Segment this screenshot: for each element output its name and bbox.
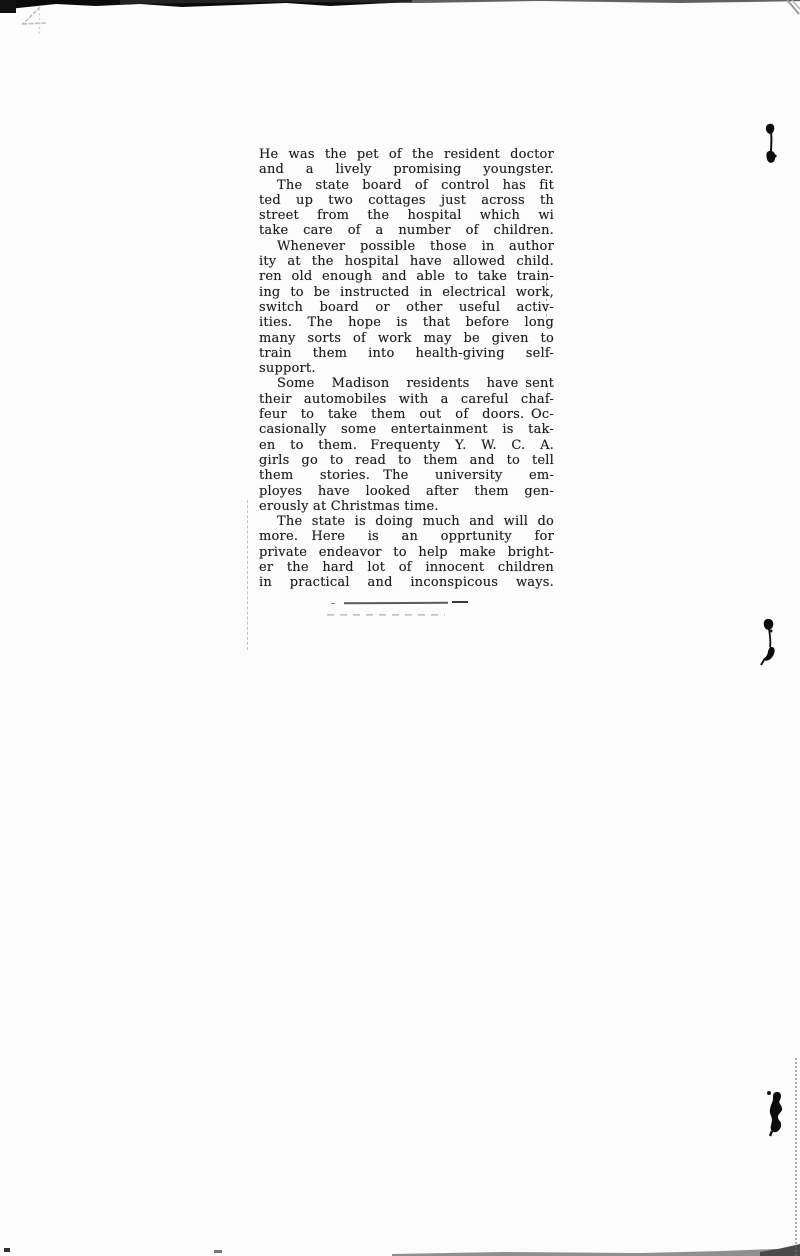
article-end-rule (344, 602, 448, 605)
article-line: them stories. The university em- (259, 468, 554, 483)
scan-bottom-speck (214, 1250, 222, 1253)
article-line: er the hard lot of innocent children (259, 560, 554, 575)
article-line: support. (259, 361, 554, 376)
scan-bottom-speck (4, 1248, 10, 1252)
article-line: ployes have looked after them gen- (259, 484, 554, 499)
article-line: The state board of control has fit (259, 178, 554, 193)
article-end-rule-fragment (331, 603, 335, 604)
article-line: switch board or other useful activ- (259, 300, 554, 315)
pencil-page-number-mark (16, 2, 56, 42)
scan-top-right-smudge (785, 0, 800, 22)
article-line: feur to take them out of doors. Oc- (259, 407, 554, 422)
article-line: ing to be instructed in electrical work, (259, 285, 554, 300)
article-line: and a lively promising youngster. (259, 162, 554, 177)
newspaper-article-column: He was the pet of the resident doctor an… (259, 147, 554, 591)
scanned-page: He was the pet of the resident doctor an… (0, 0, 800, 1256)
article-line: train them into health-giving self- (259, 346, 554, 361)
article-line: girls go to read to them and to tell (259, 453, 554, 468)
article-line: street from the hospital which wi (259, 208, 554, 223)
article-line: their automobiles with a careful chaf- (259, 392, 554, 407)
article-line: many sorts of work may be given to (259, 331, 554, 346)
scan-right-edge-dotted-line (795, 1058, 797, 1256)
ink-blot-mark-top (760, 122, 782, 172)
article-line: more. Here is an opprtunity for (259, 529, 554, 544)
article-line: casionally some entertainment is tak- (259, 422, 554, 437)
article-line: ities. The hope is that before long (259, 315, 554, 330)
article-line: erously at Christmas time. (259, 499, 554, 514)
article-line: Some Madison residents have sent (259, 376, 554, 391)
article-end-rule-segment (452, 601, 468, 603)
ink-blot-mark-middle (758, 616, 782, 674)
article-line: take care of a number of children. (259, 223, 554, 238)
scan-bottom-edge-artifact (392, 1248, 800, 1256)
article-line: The state is doing much and will do (259, 514, 554, 529)
article-line: He was the pet of the resident doctor (259, 147, 554, 162)
article-line: Whenever possible those in author (259, 239, 554, 254)
article-line: in practical and inconspicous ways. (259, 575, 554, 590)
article-line: private endeavor to help make bright- (259, 545, 554, 560)
column-rule-left (247, 500, 248, 650)
scan-top-left-corner-blot (0, 0, 16, 13)
article-line: ren old enough and able to take train- (259, 269, 554, 284)
article-line: ted up two cottages just across th (259, 193, 554, 208)
article-line: en to them. Frequenty Y. W. C. A. (259, 438, 554, 453)
illegible-smudged-text-line (327, 614, 445, 617)
ink-blot-mark-bottom (764, 1090, 790, 1146)
article-line: ity at the hospital have allowed child. (259, 254, 554, 269)
